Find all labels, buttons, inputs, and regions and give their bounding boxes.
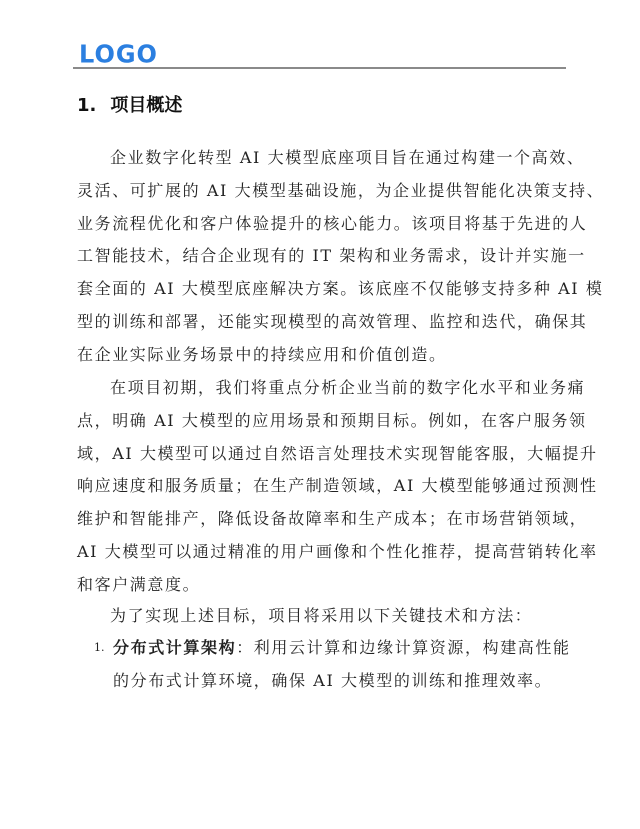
paragraph-line: 点，明确 AI 大模型的应用场景和预期目标。例如，在客户服务领 <box>77 405 572 438</box>
paragraph-line: 和客户满意度。 <box>77 569 572 602</box>
logo: LOGO <box>79 40 158 68</box>
paragraph-line: 工智能技术，结合企业现有的 IT 架构和业务需求，设计并实施一 <box>77 240 572 273</box>
methods-list: 1. 分布式计算架构：利用云计算和边缘计算资源，构建高性能 的分布式计算环境，确… <box>94 632 574 698</box>
list-item-description: ：利用云计算和边缘计算资源，构建高性能 <box>236 638 570 657</box>
paragraph-initial-phase: 在项目初期，我们将重点分析企业当前的数字化水平和业务痛 点，明确 AI 大模型的… <box>77 372 572 602</box>
paragraph-line: 灵活、可扩展的 AI 大模型基础设施，为企业提供智能化决策支持、 <box>77 175 572 208</box>
section-title: 项目概述 <box>110 92 182 120</box>
section-heading: 1. 项目概述 <box>77 92 182 120</box>
paragraph-overview: 企业数字化转型 AI 大模型底座项目旨在通过构建一个高效、 灵活、可扩展的 AI… <box>77 142 572 372</box>
list-item: 1. 分布式计算架构：利用云计算和边缘计算资源，构建高性能 的分布式计算环境，确… <box>94 632 574 698</box>
paragraph-line: AI 大模型可以通过精准的用户画像和个性化推荐，提高营销转化率 <box>77 536 572 569</box>
paragraph-line: 型的训练和部署，还能实现模型的高效管理、监控和迭代，确保其 <box>77 306 572 339</box>
header-divider <box>73 67 566 69</box>
section-number: 1. <box>77 92 96 120</box>
paragraph-line: 在项目初期，我们将重点分析企业当前的数字化水平和业务痛 <box>77 372 572 405</box>
paragraph-line: 业务流程优化和客户体验提升的核心能力。该项目将基于先进的人 <box>77 208 572 241</box>
paragraph-line: 为了实现上述目标，项目将采用以下关键技术和方法： <box>77 600 572 633</box>
paragraph-line: 响应速度和服务质量；在生产制造领域，AI 大模型能够通过预测性 <box>77 470 572 503</box>
paragraph-line: 在企业实际业务场景中的持续应用和价值创造。 <box>77 339 572 372</box>
list-item-term: 分布式计算架构 <box>113 638 236 657</box>
list-item-first-line: 分布式计算架构：利用云计算和边缘计算资源，构建高性能 <box>113 632 574 665</box>
paragraph-line: 企业数字化转型 AI 大模型底座项目旨在通过构建一个高效、 <box>77 142 572 175</box>
paragraph-line: 维护和智能排产，降低设备故障率和生产成本；在市场营销领域， <box>77 503 572 536</box>
paragraph-line: 域，AI 大模型可以通过自然语言处理技术实现智能客服，大幅提升 <box>77 438 572 471</box>
paragraph-line: 套全面的 AI 大模型底座解决方案。该底座不仅能够支持多种 AI 模 <box>77 273 572 306</box>
logo-text: LOGO <box>79 41 158 66</box>
paragraph-methods-intro: 为了实现上述目标，项目将采用以下关键技术和方法： <box>77 600 572 633</box>
list-marker: 1. <box>94 632 105 665</box>
list-item-continuation: 的分布式计算环境，确保 AI 大模型的训练和推理效率。 <box>113 665 574 698</box>
